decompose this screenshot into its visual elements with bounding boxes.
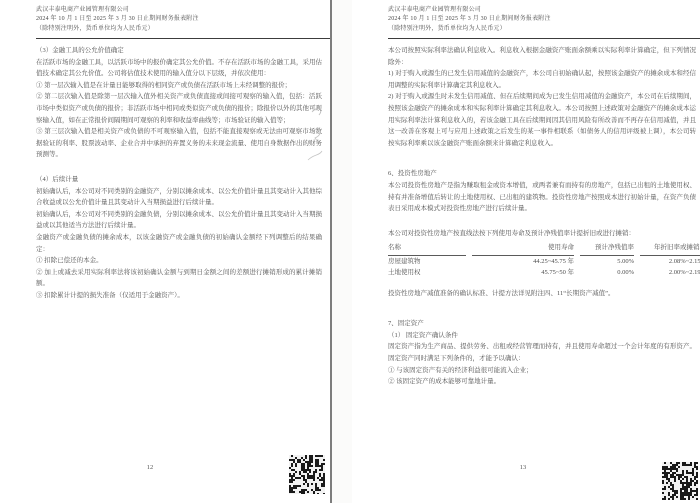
- depreciation-table: 名称 使用寿命 预计净残值率 年折旧率或摊销率 房屋建筑物 44.25~45.7…: [388, 242, 696, 278]
- page-body: 本公司按照实际利率法确认利息收入。利息收入根据金融资产账面余额乘以实际利率计算确…: [388, 45, 696, 388]
- table-cell: 2.00%~2.19%: [640, 267, 700, 278]
- table-cell: 2.08%~2.15%: [640, 256, 700, 267]
- currency-note: （除特别注明外，货币单位均为人民币元）: [36, 25, 326, 34]
- page-header: 武汉丰泰电商产业园管理有限公司 2024 年 10 月 1 日至 2025 年 …: [388, 6, 696, 34]
- table-header-useful-life: 使用寿命: [472, 242, 574, 255]
- table-cell: 45.75~50 年: [472, 267, 574, 278]
- table-cell: 0.00%: [580, 267, 634, 278]
- paragraph: 本公司按照实际利率法确认利息收入。利息收入根据金融资产账面余额乘以实际利率计算确…: [388, 45, 696, 68]
- table-header-residual-rate: 预计净残值率: [580, 242, 634, 255]
- header-rule: [388, 38, 700, 39]
- list-item: 2) 对于购入或源生时未发生信用减值、但在后续期间成为已发生信用减值的金融资产，…: [388, 91, 696, 149]
- section-heading-subsequent-measure: （4）后续计量: [36, 174, 322, 186]
- report-period: 2024 年 10 月 1 日至 2025 年 3 月 30 日止期间财务报表附…: [36, 15, 326, 24]
- qr-code: [662, 462, 698, 500]
- list-item: ③ 扣除累计计提的损失准备（仅适用于金融资产）。: [36, 290, 322, 302]
- handwritten-margin-marks: [304, 102, 332, 172]
- table-cell: 房屋建筑物: [388, 256, 466, 267]
- page-13: 武汉丰泰电商产业园管理有限公司 2024 年 10 月 1 日至 2025 年 …: [352, 0, 700, 503]
- page-number: 13: [352, 464, 694, 471]
- list-item: ① 扣除已偿还的本金。: [36, 255, 322, 267]
- page-body: （3）金融工具的公允价值确定 在活跃市场的金融工具，以活跃市场中的报价确定其公允…: [36, 45, 322, 301]
- page-12: 武汉丰泰电商产业园管理有限公司 2024 年 10 月 1 日至 2025 年 …: [0, 0, 332, 503]
- table-header-name: 名称: [388, 242, 466, 255]
- paragraph: 固定资产指为生产商品、提供劳务、出租或经营管理而持有，并且使用寿命超过一个会计年…: [388, 341, 696, 364]
- table-cell: 5.00%: [580, 256, 634, 267]
- list-item: ① 第一层次输入值是在计量日能够取得的相同资产或负债在活跃市场上未经调整的报价；: [36, 80, 322, 92]
- section-heading-investment-property: 6、投资性房地产: [388, 168, 696, 180]
- page-header: 武汉丰泰电商产业园管理有限公司 2024 年 10 月 1 日至 2025 年 …: [36, 6, 326, 34]
- section-heading-fixed-assets: 7、固定资产: [388, 318, 696, 330]
- list-item: ② 第二层次输入值是除第一层次输入值外相关资产或负债直接或间接可观察的输入值，包…: [36, 91, 322, 126]
- paragraph: 金融资产或金融负债的摊余成本，以该金融资产或金融负债的初始确认金额经下列调整后的…: [36, 232, 322, 255]
- subsection-heading-recognition: （1） 固定资产确认条件: [388, 330, 696, 342]
- header-rule: [36, 38, 330, 39]
- paragraph: 本公司投资性房地产是指为赚取租金或资本增值，或两者兼有而持有的房地产，包括已出租…: [388, 180, 696, 215]
- list-item: ③ 第三层次输入值是相关资产或负债的不可观察输入值，包括不能直接观察或无法由可观…: [36, 126, 322, 161]
- list-item: ② 加上或减去采用实际利率法将该初始确认金额与到期日金额之间的差额进行摊销形成的…: [36, 267, 322, 290]
- qr-code: [289, 455, 325, 494]
- table-header-depreciation-rate: 年折旧率或摊销率: [640, 242, 700, 255]
- page-number: 12: [0, 464, 300, 471]
- scanned-report-spread: { "document": { "pages": [ { "header": {…: [0, 0, 700, 503]
- paragraph: 初始确认后，本公司对不同类别的金融资产，分别以摊余成本、以公允价值计量且其变动计…: [36, 186, 322, 209]
- currency-note: （除特别注明外，货币单位均为人民币元）: [388, 25, 696, 34]
- table-cell: 土地使用权: [388, 267, 466, 278]
- list-item: ① 与该固定资产有关的经济利益很可能流入企业；: [388, 365, 696, 377]
- table-cell: 44.25~45.75 年: [472, 256, 574, 267]
- depreciation-intro: 本公司对投资性房地产按直线法按下列使用寿命及预计净残值率计提折旧或进行摊销：: [388, 228, 696, 240]
- company-name: 武汉丰泰电商产业园管理有限公司: [36, 6, 326, 15]
- paragraph: 初始确认后，本公司对不同类别的金融负债，分别以摊余成本、以公允价值计量且其变动计…: [36, 209, 322, 232]
- report-period: 2024 年 10 月 1 日至 2025 年 3 月 30 日止期间财务报表附…: [388, 15, 696, 24]
- impairment-note: 投资性房地产减值准备的确认标准、计提方法详见附注四、11“长期资产减值”。: [388, 288, 696, 300]
- list-item: ② 该固定资产的成本能够可靠地计量。: [388, 376, 696, 388]
- company-name: 武汉丰泰电商产业园管理有限公司: [388, 6, 696, 15]
- paragraph: 在活跃市场的金融工具，以活跃市场中的报价确定其公允价值。不存在活跃市场的金融工具…: [36, 57, 322, 80]
- section-heading-fair-value: （3）金融工具的公允价值确定: [36, 45, 322, 57]
- list-item: 1) 对于购入或源生的已发生信用减值的金融资产，本公司自初始确认起，按照该金融资…: [388, 68, 696, 91]
